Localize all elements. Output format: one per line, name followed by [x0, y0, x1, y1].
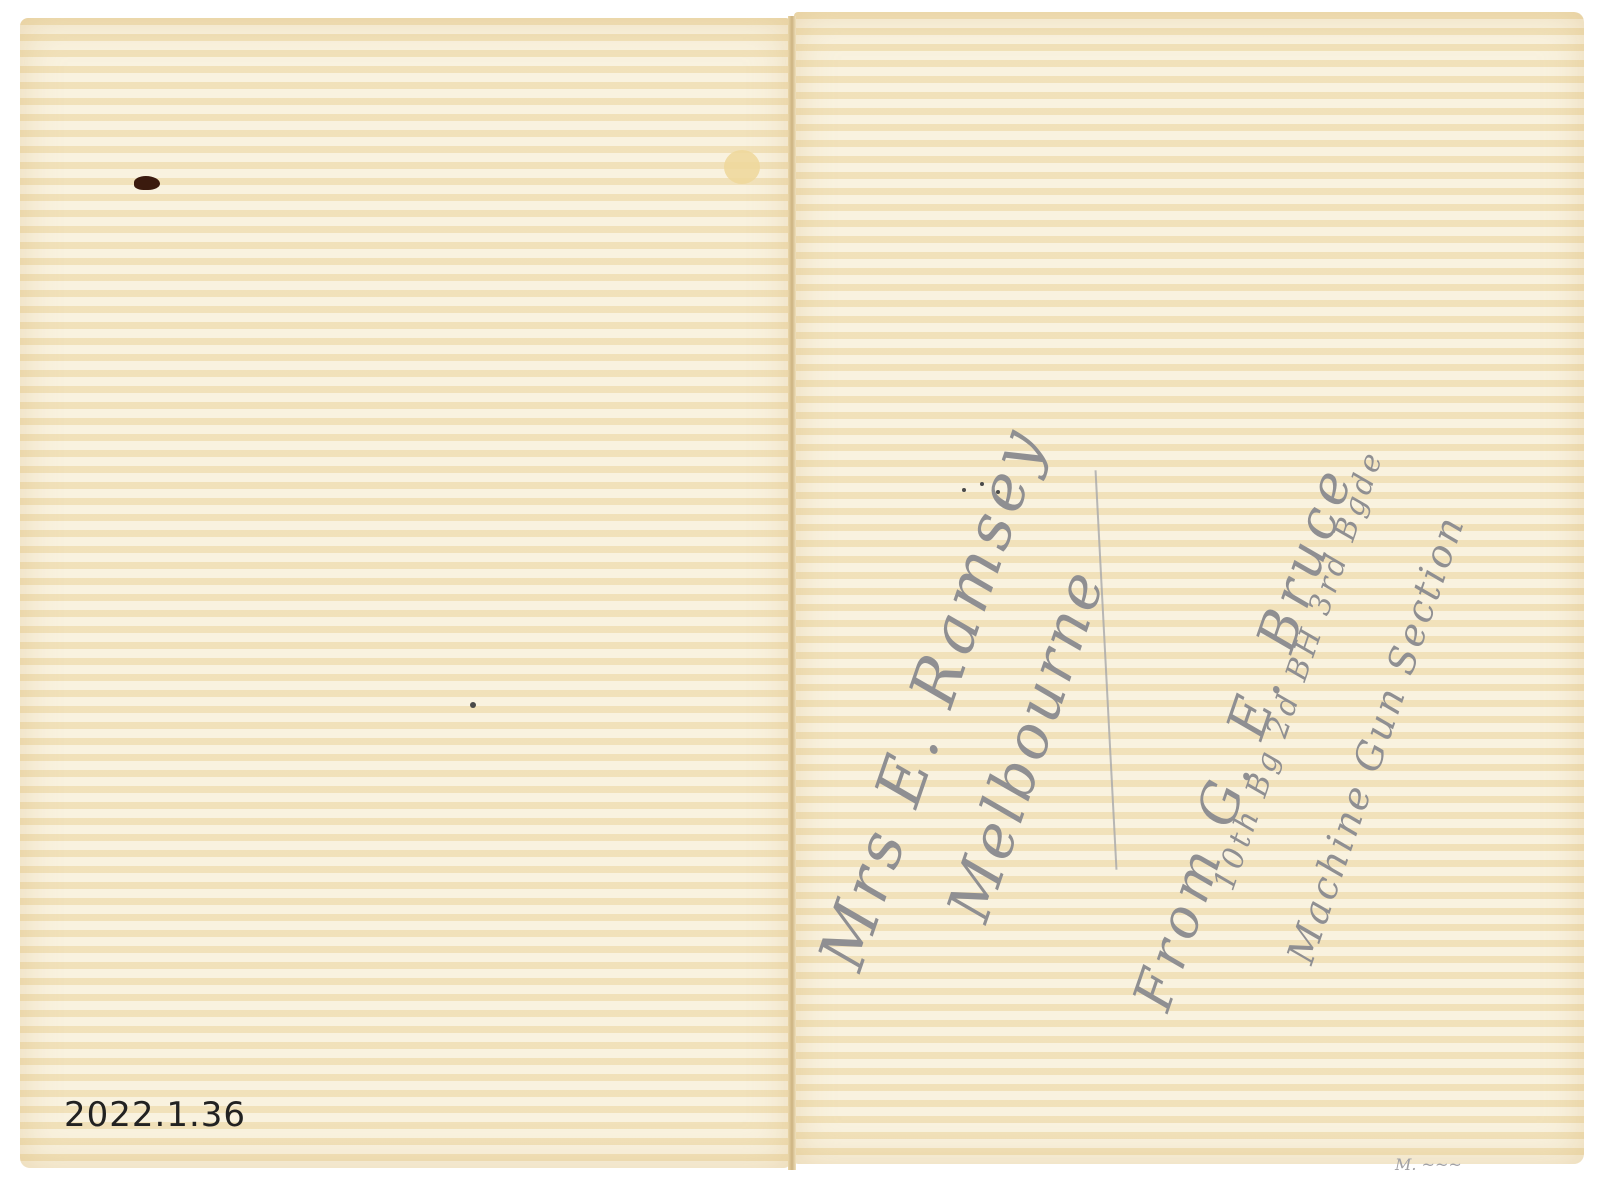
accession-number: 2022.1.36 — [64, 1095, 246, 1135]
ink-blot — [134, 176, 160, 190]
bottom-pencil-mark: M. ~~~ — [1395, 1155, 1462, 1174]
speck — [470, 702, 476, 708]
center-fold — [788, 16, 796, 1170]
left-page — [20, 18, 790, 1168]
water-stain — [724, 150, 760, 184]
